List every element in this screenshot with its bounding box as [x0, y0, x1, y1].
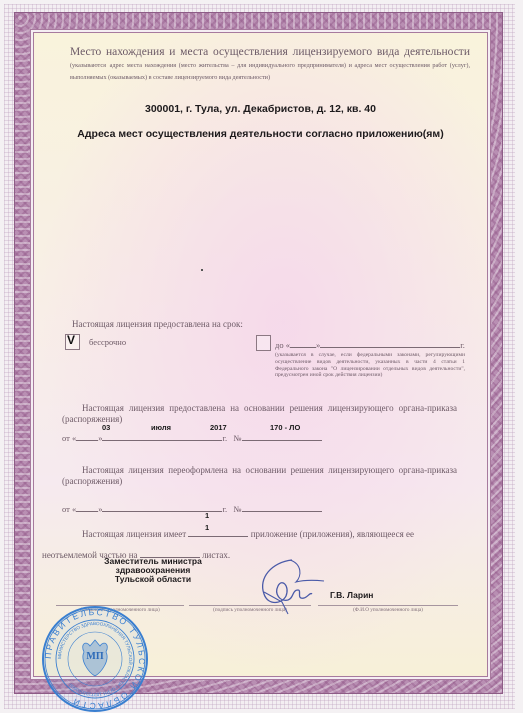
until-month-year-line[interactable]: [320, 339, 460, 348]
issue-day: 03: [102, 423, 110, 432]
stray-dot: [201, 269, 203, 271]
location-header-note-start: (указываются: [70, 62, 106, 69]
until-day-line[interactable]: [290, 339, 316, 348]
until-prefix: до «: [275, 340, 290, 350]
reissue-day-line[interactable]: [76, 503, 98, 512]
until-date-field: до «»г.: [275, 339, 465, 350]
signatory-position: Заместитель министра здравоохранения Тул…: [86, 557, 220, 584]
annex-count: 1: [205, 511, 209, 520]
issue-number-label: №: [234, 433, 242, 443]
issue-month-year-line: [102, 432, 222, 441]
annex-text-before: Настоящая лицензия имеет: [82, 529, 186, 539]
address-annex-note: Адреса мест осуществления деятельности с…: [34, 128, 487, 140]
issue-month: июля: [151, 423, 171, 432]
official-seal-icon: ПРАВИТЕЛЬСТВО ТУЛЬСКОЙ ОБЛАСТИ МИНИСТЕРС…: [40, 604, 150, 713]
signatory-name: Г.В. Ларин: [330, 590, 373, 600]
location-header-note: адрес места нахождения (место жительства…: [70, 62, 470, 81]
issue-date-number-line: от «»г. №: [62, 432, 322, 443]
caption-name: (Ф.И.О уполномоченного лица): [318, 605, 458, 613]
until-date-checkbox[interactable]: [256, 335, 271, 351]
reissue-date-number-line: от «»г. №: [62, 503, 322, 514]
location-header: Место нахождения и места осуществления л…: [70, 46, 470, 83]
reissue-year-suffix: г.: [222, 504, 227, 514]
license-page: Место нахождения и места осуществления л…: [34, 33, 487, 676]
issue-day-line: [76, 432, 98, 441]
permanent-checkbox[interactable]: V: [65, 334, 80, 350]
term-label: Настоящая лицензия предоставлена на срок…: [72, 319, 243, 329]
annex-text-after: приложение (приложения), являющееся ее: [251, 529, 414, 539]
handwritten-signature-icon: [252, 556, 327, 616]
issue-basis-text: Настоящая лицензия предоставлена на осно…: [62, 403, 457, 425]
licensee-address: 300001, г. Тула, ул. Декабристов, д. 12,…: [34, 103, 487, 115]
issue-year: 2017: [210, 423, 227, 432]
reissue-from-label: от «: [62, 504, 76, 514]
check-mark-icon: V: [67, 333, 75, 347]
position-line-3: Тульской области: [86, 575, 220, 584]
location-header-title: Место нахождения и места осуществления л…: [70, 46, 470, 58]
reissue-basis-text: Настоящая лицензия переоформлена на осно…: [62, 465, 457, 487]
permanent-label: бессрочно: [89, 337, 126, 347]
reissue-number-line[interactable]: [242, 503, 322, 512]
until-year-suffix: г.: [460, 340, 465, 350]
issue-order-number: 170 - ЛО: [270, 423, 300, 432]
issue-number-line: [242, 432, 322, 441]
issue-from-label: от «: [62, 433, 76, 443]
issue-year-suffix: г.: [222, 433, 227, 443]
annex-count-line: [188, 528, 248, 537]
seal-center-text: МП: [86, 651, 103, 662]
until-date-note: (указывается в случае, если федеральными…: [275, 352, 465, 379]
reissue-number-label: №: [234, 504, 242, 514]
